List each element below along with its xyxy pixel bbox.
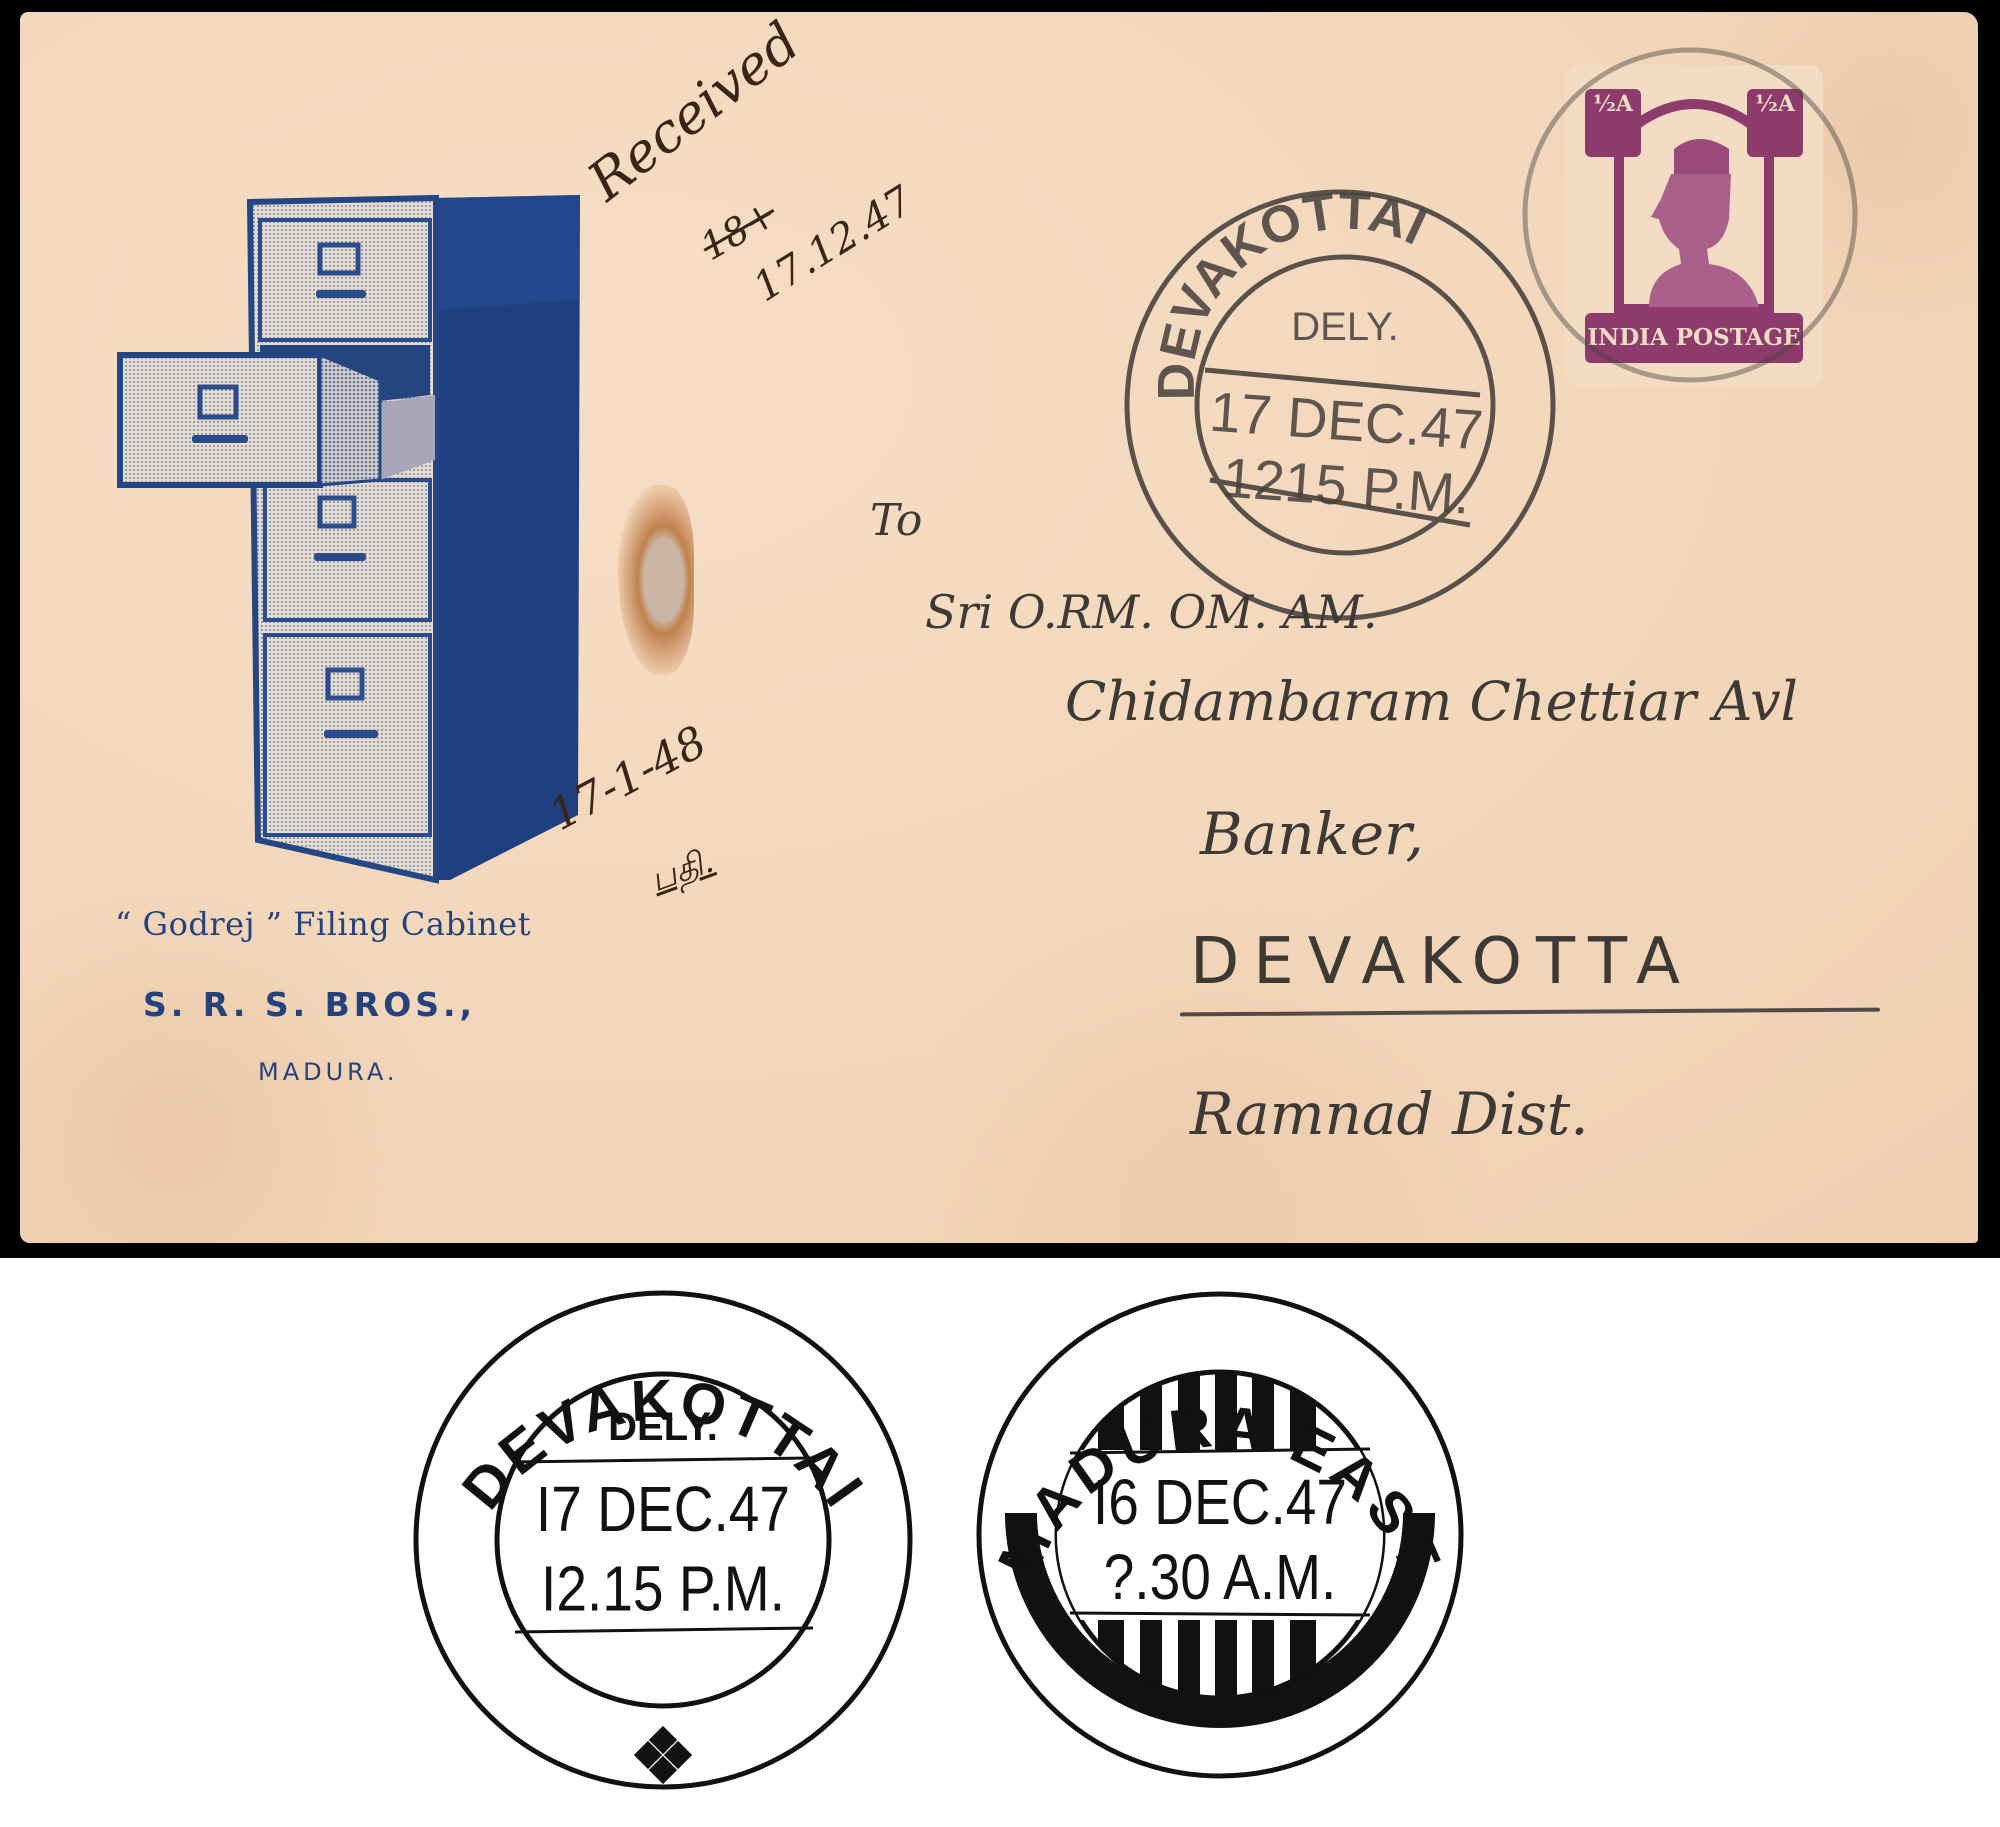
address-line-1: Sri O.RM. OM. AM. (925, 585, 1377, 639)
diagram-1-service: DELY. (608, 1405, 718, 1449)
diagram-1-date: I7 DEC.47 (536, 1473, 790, 1545)
advert-city: MADURA. (258, 1058, 399, 1086)
address-line-4: DEVAKOTTA (1190, 925, 1694, 999)
address-line-2: Chidambaram Chettiar Avl (1065, 670, 1798, 733)
diagram-2-time: ?.30 A.M. (1104, 1541, 1337, 1613)
stamp-denomination-left: ½A (1585, 89, 1641, 157)
diagram-2-date: I6 DEC.47 (1093, 1466, 1347, 1538)
advert-company-name: S. R. S. BROS., (143, 985, 476, 1024)
filing-cabinet-illustration (80, 180, 600, 900)
madura-east-postmark-diagram: MADURA EAST I6 DEC.47 ?.30 A.M. (975, 1290, 1465, 1780)
address-line-3: Banker, (1200, 800, 1424, 868)
devakottai-postmark-diagram: DEVAKOTTAI DELY. I7 DEC.47 I2.15 P.M. (408, 1285, 918, 1795)
postage-stamp: ½A ½A INDIA POSTAGE (1565, 65, 1823, 387)
stamp-label: INDIA POSTAGE (1585, 313, 1803, 363)
address-line-5: Ramnad Dist. (1190, 1080, 1589, 1148)
diagram-1-time: I2.15 P.M. (541, 1553, 785, 1625)
advert-product-line: “ Godrej ” Filing Cabinet (115, 905, 531, 943)
address-to: To (870, 495, 922, 546)
stamp-denomination-right: ½A (1747, 89, 1803, 157)
